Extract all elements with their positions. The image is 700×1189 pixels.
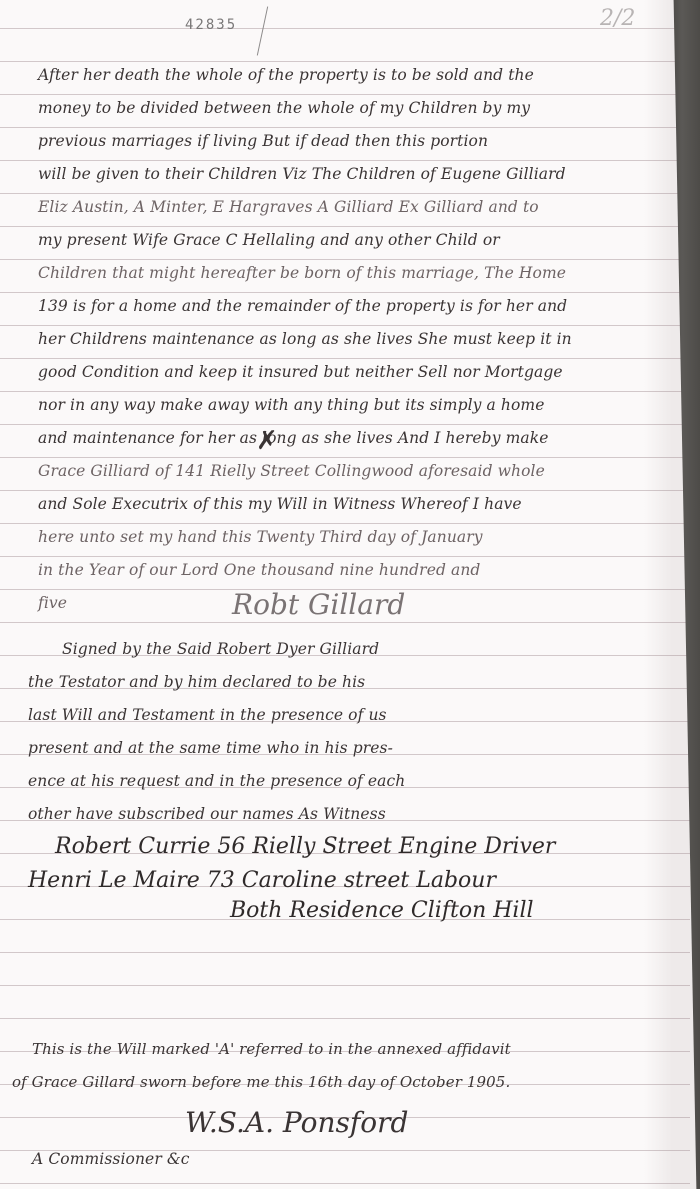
attestation-line: last Will and Testament in the presence … bbox=[28, 706, 387, 724]
testator-signature: Robt Gillard bbox=[232, 588, 405, 621]
body-line: will be given to their Children Viz The … bbox=[38, 165, 566, 183]
body-line: previous marriages if living But if dead… bbox=[38, 132, 488, 150]
attestation-line: other have subscribed our names As Witne… bbox=[28, 805, 386, 823]
body-line: nor in any way make away with any thing … bbox=[38, 396, 545, 414]
attestation-line: Signed by the Said Robert Dyer Gilliard bbox=[62, 640, 379, 658]
folio-mark: 2/2 bbox=[600, 6, 635, 31]
witness-residence: Both Residence Clifton Hill bbox=[230, 898, 534, 923]
document-page: 42835 2/2 After her death the whole of t… bbox=[0, 0, 700, 1189]
body-line: my present Wife Grace C Hellaling and an… bbox=[38, 231, 500, 249]
body-line: money to be divided between the whole of… bbox=[38, 99, 530, 117]
body-line: Eliz Austin, A Minter, E Hargraves A Gil… bbox=[38, 198, 539, 216]
witness-1: Robert Currie 56 Rielly Street Engine Dr… bbox=[55, 834, 555, 859]
body-line: in the Year of our Lord One thousand nin… bbox=[38, 561, 480, 579]
attestation-line: present and at the same time who in his … bbox=[28, 739, 393, 757]
affidavit-line: of Grace Gillard sworn before me this 16… bbox=[12, 1073, 510, 1091]
body-line: Children that might hereafter be born of… bbox=[38, 264, 566, 282]
body-line: and Sole Executrix of this my Will in Wi… bbox=[38, 495, 522, 513]
body-line: her Childrens maintenance as long as she… bbox=[38, 330, 572, 348]
witness-2: Henri Le Maire 73 Caroline street Labour bbox=[28, 868, 496, 893]
stamp-number: 42835 bbox=[185, 17, 237, 33]
commissioner-signature: W.S.A. Ponsford bbox=[185, 1106, 408, 1139]
body-line: After her death the whole of the propert… bbox=[38, 66, 534, 84]
affidavit-line: This is the Will marked 'A' referred to … bbox=[32, 1040, 511, 1058]
body-line: 139 is for a home and the remainder of t… bbox=[38, 297, 567, 315]
attestation-line: the Testator and by him declared to be h… bbox=[28, 673, 365, 691]
body-line: Grace Gilliard of 141 Rielly Street Coll… bbox=[38, 462, 545, 480]
body-line: five bbox=[38, 594, 67, 612]
commissioner-title: A Commissioner &c bbox=[32, 1150, 190, 1168]
insertion-cross-mark: ✗ bbox=[256, 426, 278, 456]
body-line: here unto set my hand this Twenty Third … bbox=[38, 528, 483, 546]
attestation-line: ence at his request and in the presence … bbox=[28, 772, 405, 790]
body-line: and maintenance for her as long as she l… bbox=[38, 429, 549, 447]
body-line: good Condition and keep it insured but n… bbox=[38, 363, 563, 381]
